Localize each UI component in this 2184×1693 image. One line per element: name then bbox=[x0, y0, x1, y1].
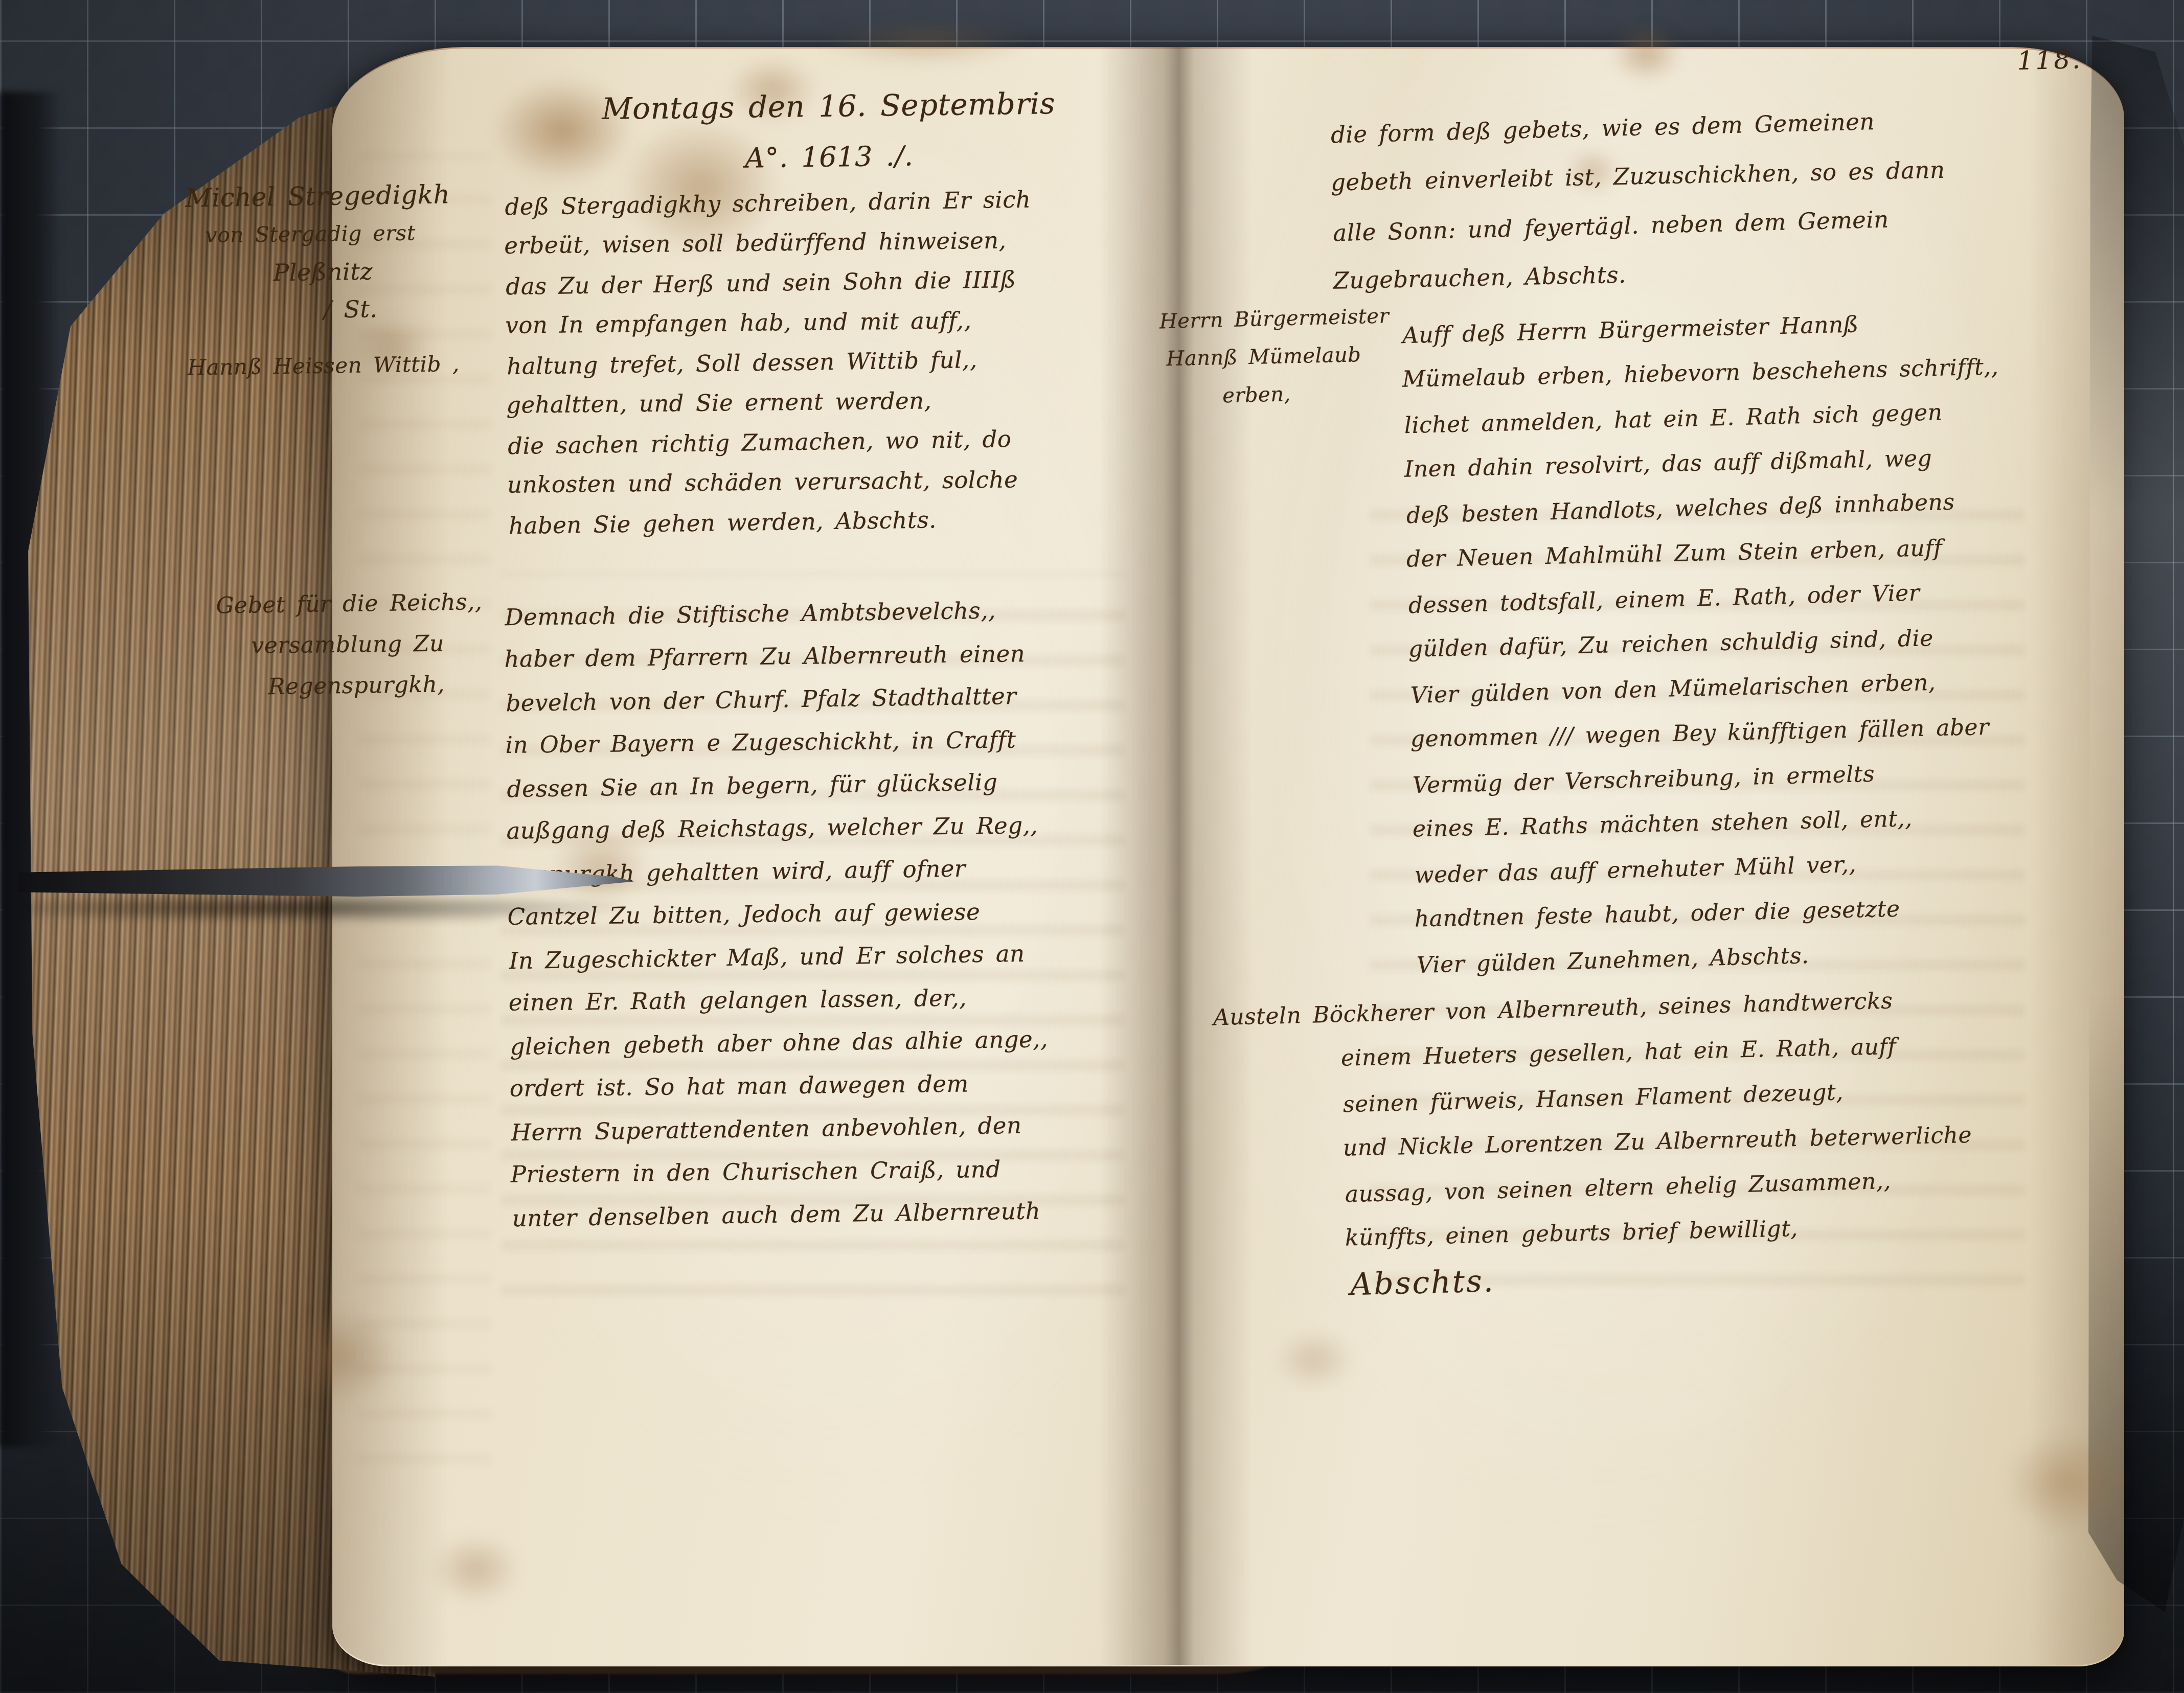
handwritten-line: das Zu der Herß und sein Sohn die IIIIß bbox=[506, 258, 1130, 307]
handwritten-line: gleichen gebeth aber ohne das alhie ange… bbox=[510, 1017, 1139, 1069]
handwritten-line: erben, bbox=[1222, 373, 1407, 415]
entry-body-gebetsform: die form deß gebets, wie es dem Gemeinen… bbox=[1329, 93, 2069, 306]
handwritten-line: dessen Sie an In begern, für glückselig bbox=[507, 759, 1136, 811]
handwritten-line: unkosten und schäden verursacht, solche bbox=[507, 459, 1131, 505]
handwritten-line: Demnach die Stiftische Ambtsbevelchs,, bbox=[505, 587, 1134, 639]
handwritten-line: in Ober Bayern e Zugeschickht, in Crafft bbox=[505, 717, 1134, 767]
page-number: 118. bbox=[2017, 44, 2083, 76]
handwritten-line: haben Sie gehen werden, Abschts. bbox=[509, 497, 1133, 546]
handwritten-line: ordert ist. So hat man dawegen dem bbox=[509, 1061, 1139, 1110]
handwritten-line: Hannß Mümelaub bbox=[1166, 335, 1405, 378]
heading-line: A°. 1613 ./. bbox=[522, 128, 1136, 187]
handwritten-line: Herrn Bürgermeister bbox=[1159, 297, 1405, 341]
handwritten-line: haber dem Pfarrern Zu Albernreuth einen bbox=[504, 631, 1133, 681]
manuscript-photo: Montags den 16. Septembris A°. 1613 ./. … bbox=[0, 0, 2184, 1693]
handwritten-line: von In empfangen hab, und mit auff,, bbox=[505, 299, 1129, 346]
handwritten-line: unter denselben auch dem Zu Albernreuth bbox=[512, 1188, 1141, 1241]
page-stack-right bbox=[2088, 36, 2184, 1628]
handwritten-line: außgang deß Reichstags, welcher Zu Reg,, bbox=[506, 803, 1135, 853]
entry-body-geburtsbrief: Austeln Böckherer von Albernreuth, seine… bbox=[1339, 975, 2083, 1307]
handwritten-line: erbeüt, wisen soll bedürffend hinweisen, bbox=[504, 219, 1128, 266]
handwritten-line: enspurgkh gehaltten wird, auff ofner bbox=[508, 845, 1137, 897]
handwritten-line: In Zugeschickter Maß, und Er solches an bbox=[509, 931, 1138, 983]
entry-body-mahlmuehl: Auff deß Herrn Bürgermeister HannßMümela… bbox=[1401, 298, 2096, 988]
handwritten-line: einen Er. Rath gelangen lassen, der,, bbox=[508, 975, 1137, 1024]
margin-note-gebet-reichsversamblung: Gebet für die Reichs,,versamblung ZuRege… bbox=[215, 582, 513, 708]
handwritten-line: Priestern in den Churischen Craiß, und bbox=[510, 1147, 1140, 1196]
handwritten-line: Pleßnitz bbox=[273, 250, 514, 292]
handwritten-line: gehaltten, und Sie ernent werden, bbox=[506, 379, 1130, 425]
clasp-shadow bbox=[26, 894, 619, 922]
margin-note-buergermeister-erben: Herrn BürgermeisterHannß Mümelauberben, bbox=[1158, 297, 1406, 416]
handwritten-line: Hannß Heissen Wittib , bbox=[187, 344, 515, 386]
handwritten-line: Herrn Superattendenten anbevohlen, den bbox=[511, 1103, 1140, 1155]
margin-note-michel-stregedigkh: Michel Stregedigkhvon Stergadig erstPleß… bbox=[184, 175, 514, 386]
entry-body-stregedigkh: deß Stergadigkhy schreiben, darin Er sic… bbox=[504, 179, 1131, 545]
handwritten-line: die sachen richtig Zumachen, wo nit, do bbox=[508, 418, 1132, 466]
heading-line: Montags den 16. Septembris bbox=[521, 77, 1135, 135]
handwritten-line: deß Stergadigkhy schreiben, darin Er sic… bbox=[505, 178, 1129, 227]
handwritten-line: Gebet für die Reichs,, bbox=[216, 581, 513, 626]
handwritten-line: bevelch von der Churf. Pfalz Stadthaltte… bbox=[506, 673, 1135, 725]
handwritten-line: Michel Stregedigkh bbox=[185, 174, 513, 217]
date-heading: Montags den 16. Septembris A°. 1613 ./. bbox=[521, 77, 1136, 187]
handwritten-line: / St. bbox=[324, 288, 513, 328]
handwritten-line: von Stergadig erst bbox=[205, 213, 512, 254]
handwritten-line: versamblung Zu bbox=[251, 623, 512, 666]
handwritten-line: haltung trefet, Soll dessen Wittib ful,, bbox=[507, 338, 1131, 386]
handwritten-line: Regenspurgkh, bbox=[268, 663, 514, 707]
